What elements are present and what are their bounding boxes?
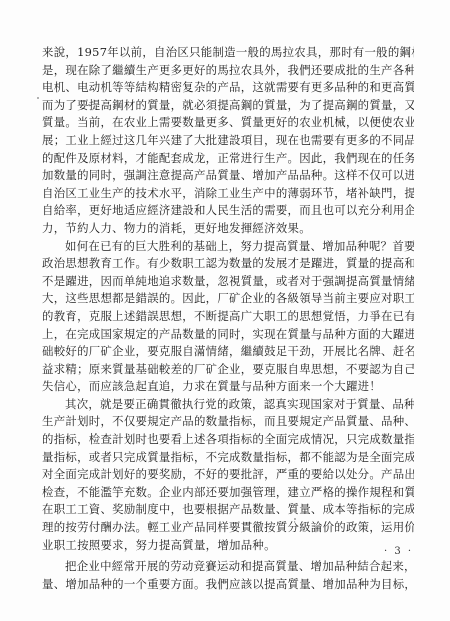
- scan-speck: [294, 518, 296, 520]
- text-line: 而为了要提高鋼材的質量，就必須提高鋼的質量，为了提高鋼的質量，又必須提高鉄的: [42, 97, 414, 115]
- document-page: 来說，1957年以前，自治区只能制造一般的馬拉农具，那时有一般的鋼材也就够了，但…: [0, 0, 450, 621]
- paragraph-3: 其次，就是要正确貫徹执行党的政策，認真实现国家对于質量、品种的要求。制定 生产計…: [42, 396, 414, 554]
- text-line: 其次，就是要正确貫徹执行党的政策，認真实现国家对于質量、品种的要求。制定: [42, 396, 414, 414]
- text-line: 自給率，更好地适应經济建設和人民生活的需要，而且也可以充分利用企业的生产潜: [42, 202, 414, 220]
- text-line: 电机、电动机等等結构精密复杂的产品，这就需要有更多品种的和更高質量的鋼材了，: [42, 79, 414, 97]
- page-number: · 3 ·: [384, 546, 413, 557]
- text-line: 失信心，而应該急起直追，力求在質量与品种方面来一个大躍进！: [42, 378, 414, 396]
- text-line: 上，在完成国家規定的产品数量的同时，实现在質量与品种方面的大躍进。原来質量基: [42, 326, 414, 344]
- text-line: 在职工工資、奖励制度中，也要根据产品数量、質量、成本等指标的完成情况，制定合: [42, 501, 414, 519]
- paragraph-1: 来說，1957年以前，自治区只能制造一般的馬拉农具，那时有一般的鋼材也就够了，但…: [42, 44, 414, 238]
- text-line: 量、增加品种的一个重要方面。我們应該以提高質量、增加品种为目标，以技术革新、: [42, 576, 414, 594]
- text-line: 础較好的厂矿企业，要克服自滿情緒，繼續鼓足干劲，开展比名牌、赶名牌的运动，精: [42, 343, 414, 361]
- text-line: 理的按劳付酬办法。輕工业产品同样要貫徹按質分級論价的政策，运用价值法則鼓励企: [42, 519, 414, 537]
- text-line: 的配件及原材料，才能配套成龙，正常进行生产。因此，我們现在的任务就是要在繼續增: [42, 150, 414, 168]
- text-line: 力，节約人力、物力的消耗，更好地发揮經济效果。: [42, 220, 414, 238]
- paragraph-4: 把企业中經常开展的劳动竞賽运动和提高質量、增加品种結合起来，这也是提高質 量、增…: [42, 558, 414, 593]
- text-line: 質量。当前，在农业上需要数量更多、質量更好的农业机械，以便使农业生产得到迅速发: [42, 114, 414, 132]
- text-line: 自治区工业生产的技术水平，消除工业生产中的薄弱环节，堵补缺門，提高工业产品的: [42, 185, 414, 203]
- text-line: 如何在已有的巨大胜利的基础上，努力提高質量、增加品种呢？首要关鍵在于抓好: [42, 238, 414, 256]
- text-line: 生产計划时，不仅要規定产品的数量指标，而且要規定产品質量、品种、成本等各方面: [42, 413, 414, 431]
- text-line: 的指标，检查計划时也要看上述各項指标的全面完成情况，只完成数量指标，不完成質: [42, 431, 414, 449]
- text-line: 检查，不能濫竽充数。企业内部还要加强管理，建立严格的操作規程和質量检查制度。: [42, 484, 414, 502]
- text-line: 对全面完成計划好的要奖励，不好的要批評，严重的要給以处分。产品出厂要經过严格: [42, 466, 414, 484]
- scan-speck: [88, 104, 90, 106]
- text-line: 的教育，克服上述錯誤思想，不断提高广大职工的思想覚悟，力爭在已有的胜利的基础: [42, 308, 414, 326]
- text-line: 量指标，或者只完成質量指标，不完成数量指标，都不能認为是全面完成了国家計划。: [42, 449, 414, 467]
- scan-speck: [37, 97, 39, 99]
- paragraph-2: 如何在已有的巨大胜利的基础上，努力提高質量、增加品种呢？首要关鍵在于抓好 政治思…: [42, 238, 414, 396]
- text-line: 加数量的同时，强調注意提高产品質量、增加产品品种。这样不仅可以进一步提高我們: [42, 167, 414, 185]
- text-line: 展；工业上經过这几年兴建了大批建設項目，现在也需要有更多的不同品种和合乎質量: [42, 132, 414, 150]
- text-line: 政治思想教育工作。有少数职工認为数量的发展才是躍进，質量的提高和品种的增加就: [42, 255, 414, 273]
- text-line: 把企业中經常开展的劳动竞賽运动和提高質量、增加品种結合起来，这也是提高質: [42, 558, 414, 576]
- body-text: 来說，1957年以前，自治区只能制造一般的馬拉农具，那时有一般的鋼材也就够了，但…: [42, 44, 414, 593]
- scan-speck: [336, 566, 338, 568]
- text-line: 不是躍进，因而单純地追求数量，忽視質量，或者对于强調提高質量情緒不高，劲头不: [42, 273, 414, 291]
- text-line: 来說，1957年以前，自治区只能制造一般的馬拉农具，那时有一般的鋼材也就够了，但: [42, 44, 414, 62]
- text-line: 大，这些思想都是錯誤的。因此，厂矿企业的各級領导当前主要应对职工加强形势和任务: [42, 290, 414, 308]
- text-line: 是，现在除了繼續生产更多更好的馬拉农具外，我們还要成批的生产各种机引农具、发: [42, 62, 414, 80]
- text-line: 益求精；原来質量基础較差的厂矿企业，要克服自卑思想，不要認为自己条件不好，丧: [42, 361, 414, 379]
- text-line: 业职工按照要求，努力提高質量，增加品种。: [42, 537, 414, 555]
